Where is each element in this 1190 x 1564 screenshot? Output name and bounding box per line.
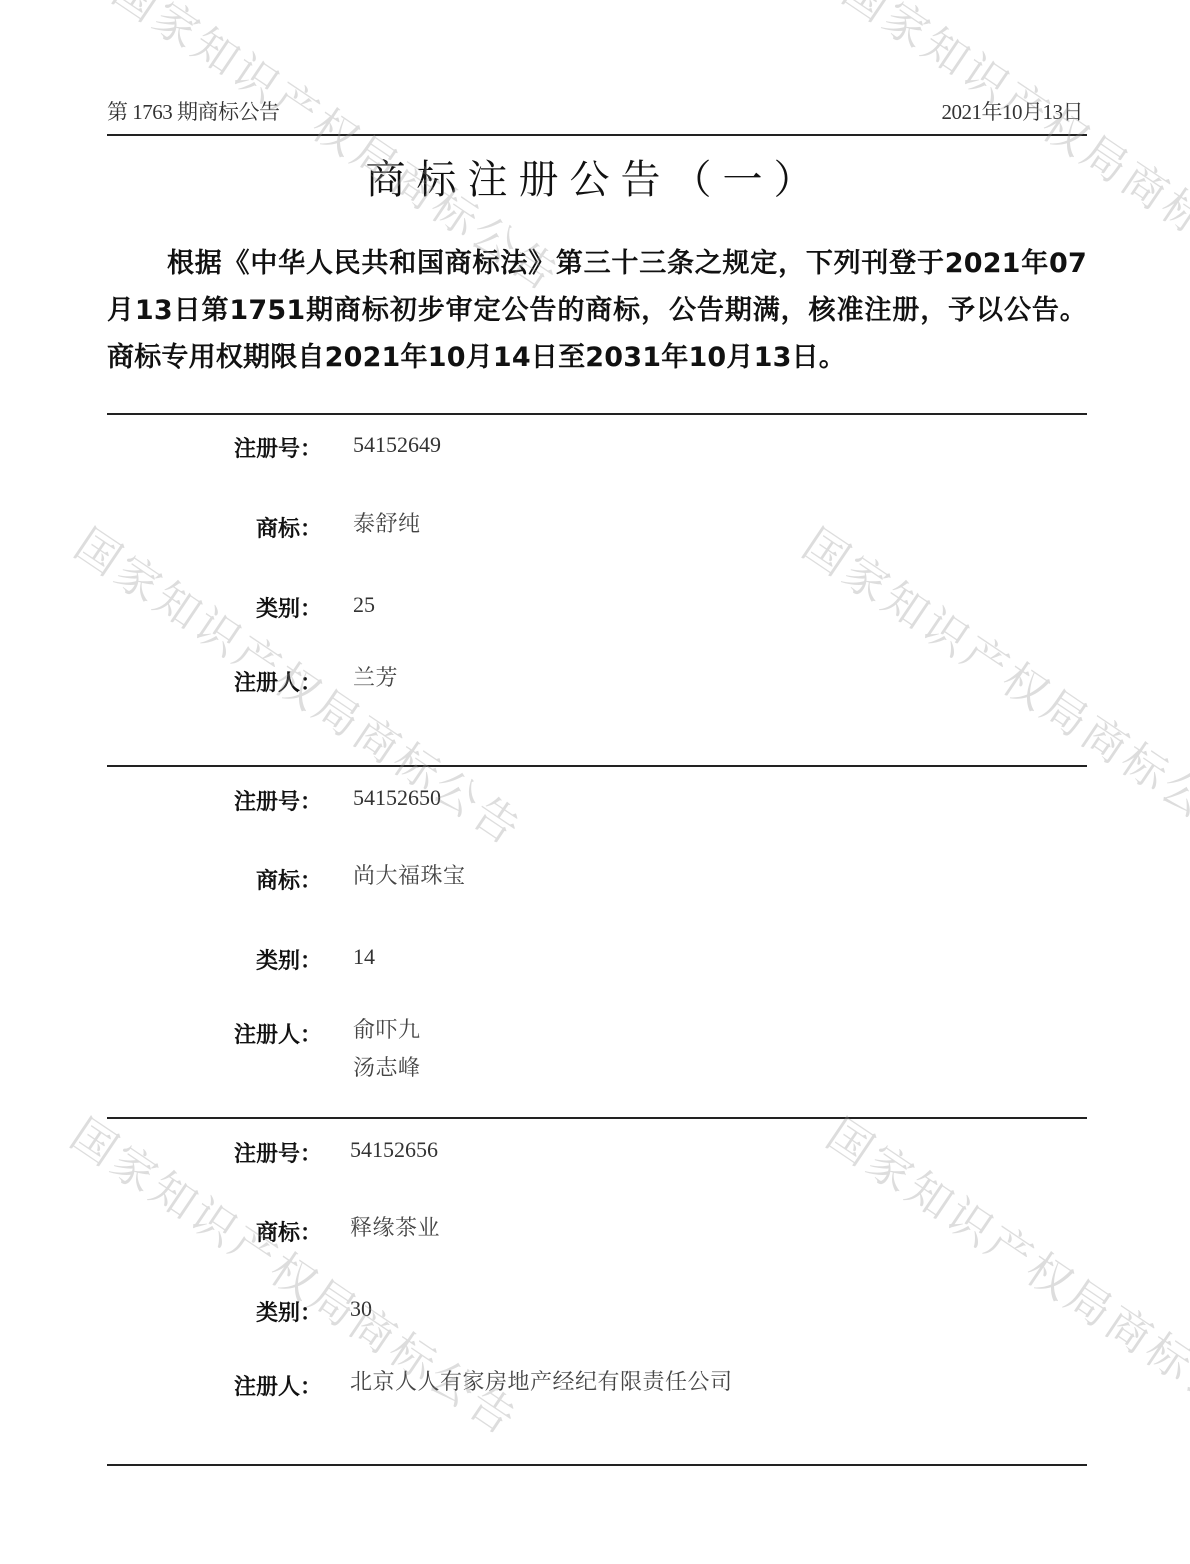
reg-no-label: 注册号： <box>107 432 322 463</box>
running-header: 第 1763 期商标公告 2021年10月13日 <box>107 96 1087 128</box>
registrant-value: 兰芳 <box>353 660 398 698</box>
class-label: 类别： <box>107 944 322 975</box>
document-page: 第 1763 期商标公告 2021年10月13日 商标注册公告（一） 根据《中华… <box>0 0 1190 1564</box>
record-divider <box>107 765 1087 767</box>
reg-no-label: 注册号： <box>107 785 322 816</box>
registrant-value: 北京人人有家房地产经纪有限责任公司 <box>350 1364 733 1402</box>
watermark: 国家知识产权局商标公告 <box>792 510 1190 858</box>
registrant-label: 注册人： <box>107 1370 322 1401</box>
header-rule <box>107 134 1087 136</box>
record-divider <box>107 1117 1087 1119</box>
class-value: 25 <box>353 586 375 624</box>
registrant-label: 注册人： <box>107 666 322 697</box>
class-label: 类别： <box>107 592 322 623</box>
reg-no-value: 54152649 <box>353 426 441 464</box>
class-value: 14 <box>353 938 375 976</box>
mark-value: 泰舒纯 <box>353 506 421 544</box>
reg-no-label: 注册号： <box>107 1137 322 1168</box>
mark-label: 商标： <box>107 1216 322 1247</box>
registrant-value: 汤志峰 <box>353 1050 421 1088</box>
mark-label: 商标： <box>107 512 322 543</box>
mark-value: 尚大福珠宝 <box>353 858 466 896</box>
reg-no-value: 54152650 <box>353 779 441 817</box>
class-value: 30 <box>350 1290 372 1328</box>
footer-rule <box>107 1464 1087 1466</box>
registrant-label: 注册人： <box>107 1018 322 1049</box>
mark-value: 释缘茶业 <box>350 1210 440 1248</box>
issue-number: 第 1763 期商标公告 <box>107 96 280 126</box>
watermark: 国家知识产权局商标公告 <box>816 1100 1190 1448</box>
intro-paragraph: 根据《中华人民共和国商标法》第三十三条之规定，下列刊登于2021年07月13日第… <box>107 240 1087 381</box>
page-title: 商标注册公告（一） <box>0 148 1190 205</box>
registrant-value: 俞吓九 <box>353 1012 421 1050</box>
issue-date: 2021年10月13日 <box>942 96 1084 126</box>
record-divider <box>107 413 1087 415</box>
class-label: 类别： <box>107 1296 322 1327</box>
mark-label: 商标： <box>107 864 322 895</box>
reg-no-value: 54152656 <box>350 1131 438 1169</box>
